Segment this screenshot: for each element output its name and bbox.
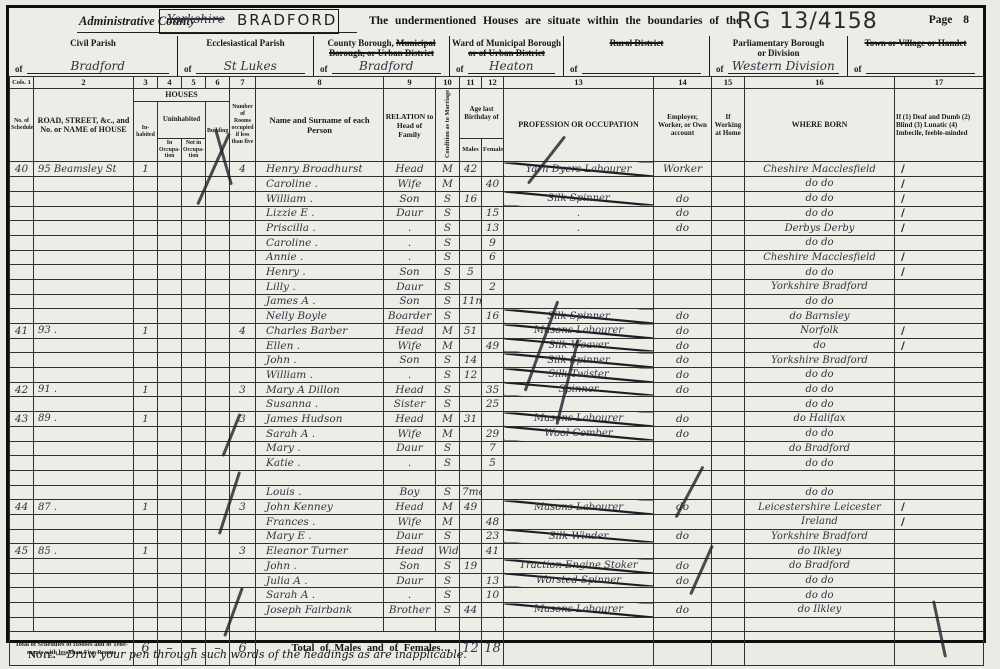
cell-rooms (230, 338, 256, 353)
cell-relation: Brother (384, 603, 436, 618)
cell-infirm (895, 559, 984, 574)
cell-born: Leicestershire Leicester (745, 500, 895, 515)
cell-rooms (230, 470, 256, 485)
cell-address: 85 . (34, 544, 134, 559)
district-label: Rural District (564, 38, 709, 48)
cell-born (745, 617, 895, 632)
cell-age_f: 16 (482, 309, 504, 324)
cell-born: Norfolk (745, 324, 895, 339)
header-inhabited: In-habited (134, 101, 158, 162)
cell-rooms: 3 (230, 412, 256, 427)
empty-cell (654, 632, 712, 666)
cell-at_home (712, 250, 745, 265)
cell-condition: M (436, 162, 460, 177)
cell-building (206, 206, 230, 221)
cell-rooms (230, 294, 256, 309)
cell-age_m: 16 (460, 191, 482, 206)
cell-rooms (230, 603, 256, 618)
col-number: 9 (384, 77, 436, 89)
cell-condition: Wid (436, 544, 460, 559)
cell-condition: S (436, 250, 460, 265)
cell-at_home (712, 368, 745, 383)
cell-schedule (10, 294, 34, 309)
header-not-in-occupation: Not in Occupa-tion (182, 138, 206, 162)
cell-age_m (460, 588, 482, 603)
cell-employer: do (654, 309, 712, 324)
cell-name: Charles Barber (256, 324, 384, 339)
cell-building (206, 191, 230, 206)
cell-age_m (460, 206, 482, 221)
cell-uninhabited_not (182, 191, 206, 206)
table-row: Julia A .DaurS13Worsted Spinnerdodo do (10, 573, 984, 588)
cell-born: do do (745, 588, 895, 603)
cell-rooms (230, 485, 256, 500)
empty-cell (895, 632, 984, 666)
of-label: of (854, 64, 862, 74)
of-label: of (570, 64, 578, 74)
cell-uninhabited_not (182, 529, 206, 544)
cell-name (256, 470, 384, 485)
cell-uninhabited_occ (158, 250, 182, 265)
cell-inhabited (134, 485, 158, 500)
cell-schedule: 45 (10, 544, 34, 559)
cell-address (34, 603, 134, 618)
cell-uninhabited_not (182, 250, 206, 265)
cell-name: Lizzie E . (256, 206, 384, 221)
cell-name: Priscilla . (256, 221, 384, 236)
cell-age_m (460, 177, 482, 192)
cell-address (34, 441, 134, 456)
cell-building (206, 426, 230, 441)
table-row: Priscilla ..S13.doDerbys Derby/ (10, 221, 984, 236)
cell-rooms (230, 191, 256, 206)
cell-at_home (712, 456, 745, 471)
header-uninhabited-group: Uninhabited (158, 101, 206, 138)
cell-occupation: Masons Labourer (504, 500, 654, 515)
cell-age_f: 10 (482, 588, 504, 603)
cell-uninhabited_not (182, 162, 206, 177)
cell-age_f (482, 265, 504, 280)
cell-uninhabited_not (182, 368, 206, 383)
header-in-occupation: In Occupa-tion (158, 138, 182, 162)
header-relation: RELATION to Head of Family (384, 89, 436, 162)
cell-occupation: Masons Labourer (504, 324, 654, 339)
district-value: Heaton (468, 59, 556, 74)
cell-occupation: Masons Labourer (504, 603, 654, 618)
table-row: James A .SonS11modo do (10, 294, 984, 309)
cell-building (206, 412, 230, 427)
cell-relation: . (384, 250, 436, 265)
cell-infirm: / (895, 162, 984, 177)
cell-address (34, 294, 134, 309)
cell-building (206, 368, 230, 383)
cell-condition: M (436, 500, 460, 515)
cell-infirm: / (895, 250, 984, 265)
cell-building (206, 279, 230, 294)
cell-age_f (482, 412, 504, 427)
cell-rooms (230, 529, 256, 544)
cell-age_m: 14 (460, 353, 482, 368)
cell-uninhabited_not (182, 470, 206, 485)
cell-building (206, 162, 230, 177)
cell-schedule (10, 235, 34, 250)
table-row: Annie ..S6Cheshire Macclesfield/ (10, 250, 984, 265)
table-row: Susanna .SisterS25do do (10, 397, 984, 412)
cell-name: Caroline . (256, 177, 384, 192)
cell-occupation: Silk Spinner (504, 309, 654, 324)
cell-occupation (504, 456, 654, 471)
cell-employer (654, 177, 712, 192)
cell-schedule (10, 559, 34, 574)
cell-rooms (230, 235, 256, 250)
cell-building (206, 456, 230, 471)
cell-schedule (10, 485, 34, 500)
cell-uninhabited_occ (158, 514, 182, 529)
cell-at_home (712, 412, 745, 427)
cell-occupation (504, 177, 654, 192)
cell-condition: S (436, 588, 460, 603)
of-label: of (184, 64, 192, 74)
cell-uninhabited_not (182, 382, 206, 397)
cell-employer: do (654, 412, 712, 427)
district-label: Ecclesiastical Parish (178, 38, 313, 48)
cell-at_home (712, 221, 745, 236)
cell-infirm (895, 382, 984, 397)
cell-uninhabited_not (182, 221, 206, 236)
cell-inhabited (134, 368, 158, 383)
cell-rooms (230, 279, 256, 294)
cell-rooms (230, 559, 256, 574)
cell-rooms (230, 177, 256, 192)
cell-condition: S (436, 456, 460, 471)
cell-occupation: Silk Winder (504, 529, 654, 544)
cell-at_home (712, 500, 745, 515)
cell-infirm (895, 235, 984, 250)
cell-address (34, 235, 134, 250)
cell-inhabited (134, 309, 158, 324)
cell-uninhabited_not (182, 206, 206, 221)
cell-uninhabited_not (182, 500, 206, 515)
cell-name: Eleanor Turner (256, 544, 384, 559)
cell-at_home (712, 191, 745, 206)
cell-at_home (712, 559, 745, 574)
cell-relation: Sister (384, 397, 436, 412)
cell-schedule (10, 250, 34, 265)
cell-schedule (10, 397, 34, 412)
cell-condition: S (436, 573, 460, 588)
cell-uninhabited_occ (158, 412, 182, 427)
cell-relation: Head (384, 162, 436, 177)
cell-age_m: 51 (460, 324, 482, 339)
cell-address (34, 309, 134, 324)
col-number: 14 (654, 77, 712, 89)
cell-born: do do (745, 265, 895, 280)
cell-age_f: 7 (482, 441, 504, 456)
cell-inhabited (134, 294, 158, 309)
cell-uninhabited_not (182, 426, 206, 441)
cell-occupation: Masons Labourer (504, 412, 654, 427)
page-label: Page (929, 14, 953, 26)
cell-schedule (10, 279, 34, 294)
table-row: John .SonS19Traction Engine Stokerdodo B… (10, 559, 984, 574)
cell-employer (654, 514, 712, 529)
cell-address: 93 . (34, 324, 134, 339)
cell-age_f (482, 617, 504, 632)
cell-address (34, 279, 134, 294)
district-label: County Borough, MunicipalBorough, or Urb… (314, 38, 449, 59)
cell-born: do Ilkley (745, 544, 895, 559)
cell-relation: Head (384, 324, 436, 339)
cell-schedule (10, 617, 34, 632)
cell-at_home (712, 441, 745, 456)
col-number: 17 (895, 77, 984, 89)
table-row: Caroline .WifeM40do do/ (10, 177, 984, 192)
cell-building (206, 265, 230, 280)
page-number-value: 8 (963, 14, 969, 26)
cell-rooms (230, 617, 256, 632)
cell-age_f: 5 (482, 456, 504, 471)
cell-uninhabited_occ (158, 382, 182, 397)
cell-relation: . (384, 368, 436, 383)
header-building: Building (206, 101, 230, 162)
cell-uninhabited_not (182, 573, 206, 588)
cell-condition: M (436, 338, 460, 353)
cell-age_m (460, 338, 482, 353)
cell-born: do do (745, 456, 895, 471)
cell-at_home (712, 588, 745, 603)
district-ecclesiastical-parish: Ecclesiastical Parish ofSt Lukes (177, 36, 313, 76)
cell-uninhabited_occ (158, 191, 182, 206)
cell-born: Yorkshire Bradford (745, 529, 895, 544)
cell-name: John Kenney (256, 500, 384, 515)
cell-occupation: Silk Spinner (504, 353, 654, 368)
cell-name: Louis . (256, 485, 384, 500)
cell-employer: do (654, 221, 712, 236)
table-row: 4487 .13John KenneyHeadM49Masons Laboure… (10, 500, 984, 515)
cell-infirm: / (895, 338, 984, 353)
cell-address (34, 177, 134, 192)
page-header: Administrative County Yorkshire BRADFORD… (9, 8, 983, 36)
cell-schedule (10, 206, 34, 221)
cell-born: do Ilkley (745, 603, 895, 618)
cell-age_m (460, 426, 482, 441)
cell-employer: do (654, 573, 712, 588)
cell-age_m: 11mo (460, 294, 482, 309)
cell-age_f (482, 191, 504, 206)
bradford-stamp: BRADFORD (237, 11, 337, 29)
cell-building (206, 573, 230, 588)
cell-condition: M (436, 177, 460, 192)
cell-infirm (895, 456, 984, 471)
col-number: 13 (504, 77, 654, 89)
cell-uninhabited_occ (158, 338, 182, 353)
cell-at_home (712, 309, 745, 324)
cell-born: do Bradford (745, 559, 895, 574)
cell-address: 95 Beamsley St (34, 162, 134, 177)
cell-condition (436, 617, 460, 632)
table-row: Louis .BoyS7modo do (10, 485, 984, 500)
cell-building (206, 294, 230, 309)
cell-condition: S (436, 294, 460, 309)
col-number: 15 (712, 77, 745, 89)
cell-infirm (895, 412, 984, 427)
cell-building (206, 382, 230, 397)
cell-name: Henry . (256, 265, 384, 280)
cell-inhabited (134, 441, 158, 456)
cell-occupation (504, 250, 654, 265)
cell-infirm (895, 294, 984, 309)
cell-schedule (10, 221, 34, 236)
col-number: 4 (158, 77, 182, 89)
cell-name: Henry Broadhurst (256, 162, 384, 177)
cell-name: Frances . (256, 514, 384, 529)
cell-address (34, 470, 134, 485)
cell-born: Derbys Derby (745, 221, 895, 236)
col-number: 12 (482, 77, 504, 89)
cell-uninhabited_not (182, 617, 206, 632)
cell-name: Katie . (256, 456, 384, 471)
cell-rooms (230, 441, 256, 456)
cell-relation (384, 470, 436, 485)
table-row: Henry .SonS5do do/ (10, 265, 984, 280)
cell-address (34, 191, 134, 206)
table-row: Lilly .DaurS2Yorkshire Bradford (10, 279, 984, 294)
cell-infirm: / (895, 177, 984, 192)
cell-address (34, 485, 134, 500)
cell-uninhabited_occ (158, 588, 182, 603)
cell-at_home (712, 265, 745, 280)
cell-uninhabited_occ (158, 470, 182, 485)
table-row: Lizzie E .DaurS15.dodo do/ (10, 206, 984, 221)
cell-condition (436, 470, 460, 485)
cell-name: William . (256, 368, 384, 383)
cell-uninhabited_not (182, 441, 206, 456)
cell-at_home (712, 573, 745, 588)
empty-cell (504, 632, 654, 666)
table-row: Ellen .WifeM49Silk Weaverdodo/ (10, 338, 984, 353)
cell-infirm: / (895, 191, 984, 206)
col-number: 5 (182, 77, 206, 89)
undermentioned-text: The undermentioned Houses are situate wi… (369, 15, 741, 27)
cell-relation: Head (384, 412, 436, 427)
cell-employer: do (654, 426, 712, 441)
cell-address (34, 514, 134, 529)
cell-age_m (460, 529, 482, 544)
cell-uninhabited_occ (158, 544, 182, 559)
cell-rooms (230, 309, 256, 324)
cell-at_home (712, 235, 745, 250)
col-number: 8 (256, 77, 384, 89)
district-value: Bradford (27, 59, 170, 74)
table-row (10, 617, 984, 632)
table-row: Mary .DaurS7do Bradford (10, 441, 984, 456)
cell-uninhabited_occ (158, 500, 182, 515)
cell-schedule: 40 (10, 162, 34, 177)
cell-uninhabited_occ (158, 162, 182, 177)
cell-address (34, 221, 134, 236)
cell-schedule (10, 573, 34, 588)
footnote-text: —Draw your pen through such words of the… (56, 648, 467, 661)
table-row: William .SonS16Silk Spinnerdodo do/ (10, 191, 984, 206)
cell-employer: do (654, 338, 712, 353)
cell-infirm (895, 588, 984, 603)
cell-relation: Daur (384, 206, 436, 221)
col-number: 3 (134, 77, 158, 89)
cell-uninhabited_not (182, 279, 206, 294)
cell-uninhabited_occ (158, 221, 182, 236)
cell-address (34, 250, 134, 265)
empty-cell (745, 632, 895, 666)
header-profession: PROFESSION OR OCCUPATION (504, 89, 654, 162)
cell-condition: S (436, 235, 460, 250)
enumeration-table: Cols. 1 2 3 4 5 6 7 8 9 10 11 12 13 14 1… (9, 76, 984, 666)
cell-age_f (482, 603, 504, 618)
cell-age_m: 19 (460, 559, 482, 574)
cell-occupation (504, 294, 654, 309)
cell-name: John . (256, 353, 384, 368)
cell-born: do do (745, 426, 895, 441)
cell-occupation: Worsted Spinner (504, 573, 654, 588)
district-label: Town or Village or Hamlet (848, 38, 983, 48)
cell-age_m (460, 397, 482, 412)
cell-occupation: . (504, 206, 654, 221)
cell-address (34, 617, 134, 632)
cell-address (34, 368, 134, 383)
cell-rooms: 3 (230, 544, 256, 559)
cell-occupation: Wool Comber (504, 426, 654, 441)
cell-building (206, 544, 230, 559)
header-condition: Condition as to Marriage (436, 89, 460, 162)
cell-age_f: 2 (482, 279, 504, 294)
cell-address: 89 . (34, 412, 134, 427)
cell-employer (654, 456, 712, 471)
cell-schedule (10, 529, 34, 544)
cell-age_f (482, 559, 504, 574)
cell-uninhabited_not (182, 603, 206, 618)
column-number-strip: Cols. 1 2 3 4 5 6 7 8 9 10 11 12 13 14 1… (10, 77, 984, 89)
cell-age_f: 15 (482, 206, 504, 221)
cell-at_home (712, 338, 745, 353)
cell-rooms (230, 353, 256, 368)
cell-name: Caroline . (256, 235, 384, 250)
cell-building (206, 529, 230, 544)
cell-building (206, 338, 230, 353)
cell-address (34, 426, 134, 441)
cell-age_m (460, 279, 482, 294)
cell-condition: S (436, 382, 460, 397)
cell-employer (654, 250, 712, 265)
cell-age_f: 6 (482, 250, 504, 265)
cell-occupation (504, 485, 654, 500)
cell-born: do do (745, 177, 895, 192)
cell-name: Annie . (256, 250, 384, 265)
table-row: Sarah A ..S10do do (10, 588, 984, 603)
cell-uninhabited_not (182, 294, 206, 309)
of-label: of (15, 64, 23, 74)
cell-name: Joseph Fairbank (256, 603, 384, 618)
cell-at_home (712, 353, 745, 368)
cell-schedule (10, 309, 34, 324)
table-row: 4389 .13James HudsonHeadM31Masons Labour… (10, 412, 984, 427)
cell-uninhabited_not (182, 177, 206, 192)
cell-infirm (895, 544, 984, 559)
cell-uninhabited_occ (158, 573, 182, 588)
cell-schedule (10, 456, 34, 471)
cell-age_f: 13 (482, 221, 504, 236)
col-number: 2 (34, 77, 134, 89)
cell-employer: do (654, 353, 712, 368)
cell-schedule: 43 (10, 412, 34, 427)
